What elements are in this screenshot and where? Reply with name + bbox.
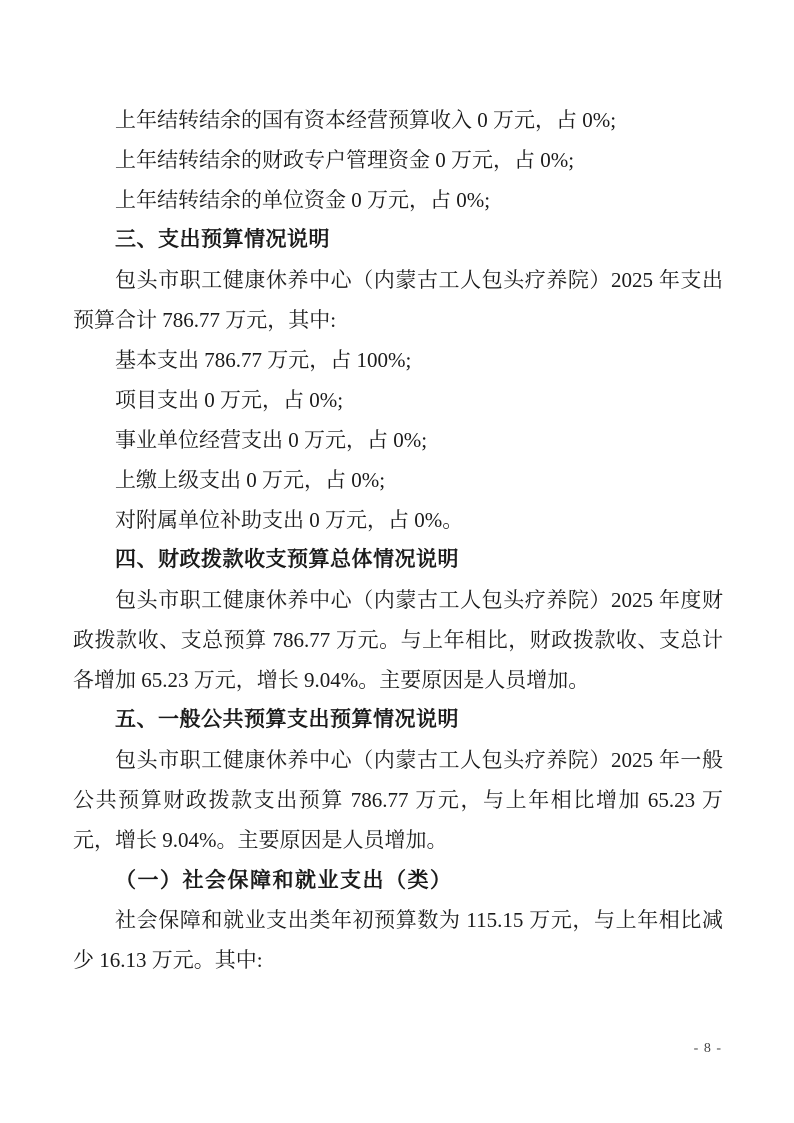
paragraph: 事业单位经营支出 0 万元，占 0%;: [73, 420, 723, 460]
page-number: - 8 -: [694, 1040, 722, 1058]
document-page: 上年结转结余的国有资本经营预算收入 0 万元，占 0%;上年结转结余的财政专户管…: [0, 0, 794, 1123]
section-heading: （一）社会保障和就业支出（类）: [73, 860, 723, 900]
paragraph: 上年结转结余的国有资本经营预算收入 0 万元，占 0%;: [73, 100, 723, 140]
paragraph: 上年结转结余的单位资金 0 万元，占 0%;: [73, 180, 723, 220]
section-heading: 五、一般公共预算支出预算情况说明: [73, 700, 723, 740]
document-body: 上年结转结余的国有资本经营预算收入 0 万元，占 0%;上年结转结余的财政专户管…: [73, 100, 723, 980]
section-heading: 三、支出预算情况说明: [73, 220, 723, 260]
paragraph: 基本支出 786.77 万元，占 100%;: [73, 340, 723, 380]
paragraph: 包头市职工健康休养中心（内蒙古工人包头疗养院）2025 年度财政拨款收、支总预算…: [73, 580, 723, 700]
section-heading: 四、财政拨款收支预算总体情况说明: [73, 540, 723, 580]
paragraph: 包头市职工健康休养中心（内蒙古工人包头疗养院）2025 年支出预算合计 786.…: [73, 260, 723, 340]
paragraph: 包头市职工健康休养中心（内蒙古工人包头疗养院）2025 年一般公共预算财政拨款支…: [73, 740, 723, 860]
paragraph: 上缴上级支出 0 万元，占 0%;: [73, 460, 723, 500]
paragraph: 对附属单位补助支出 0 万元，占 0%。: [73, 500, 723, 540]
paragraph: 社会保障和就业支出类年初预算数为 115.15 万元，与上年相比减少 16.13…: [73, 900, 723, 980]
paragraph: 上年结转结余的财政专户管理资金 0 万元，占 0%;: [73, 140, 723, 180]
paragraph: 项目支出 0 万元，占 0%;: [73, 380, 723, 420]
